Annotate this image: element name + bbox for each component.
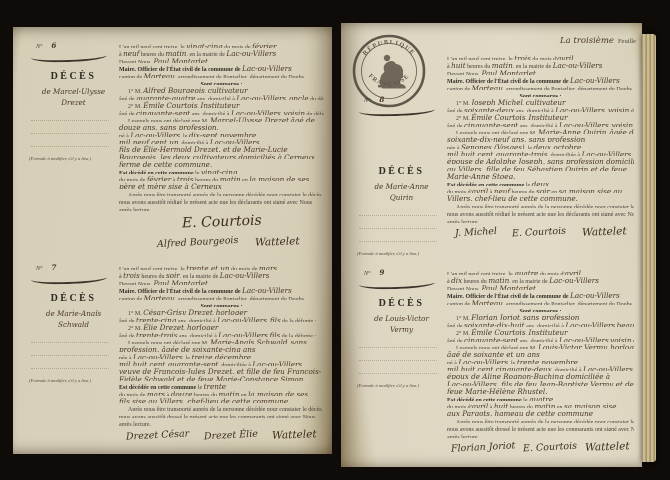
text-segment: Lac-ou-Villers: [549, 276, 599, 282]
signature: E. Courtois: [523, 441, 578, 455]
flourish-divider: [359, 109, 435, 118]
signature-row: Drezet CésarDrezet ÉlieWattelet: [119, 429, 324, 444]
deces-heading: DÉCÈS: [356, 166, 447, 177]
act-line: 2° M. Élie Drezet, horloger: [119, 322, 324, 329]
text-segment: feue Marie-Hélène Rhustel.: [447, 387, 547, 393]
act-line: mil huit cent cinquante-deux, domicilié …: [447, 364, 634, 371]
margin-rule: [31, 134, 109, 147]
act-line: Après nous être transporté auprès de la …: [119, 189, 324, 196]
signature: J. Michel: [454, 226, 497, 239]
death-act-6: N°6DÉCÈSde Marcel-UlysseDrezet(Formule à…: [28, 41, 326, 251]
signature: Florian Joriot: [451, 440, 516, 454]
act-margin: N°8DÉCÈSde Marie-AnneQuirin(Formule à mo…: [356, 53, 447, 256]
formule-note: (Formule à modifier, s'il y a lieu.): [356, 251, 447, 256]
text-segment: matin: [220, 175, 241, 181]
act-line: fils sise au Villers, chef-lieu de cette…: [119, 396, 324, 403]
text-segment: de la défunte ;: [629, 109, 634, 112]
margin-rule: [31, 343, 109, 356]
act-line: époux de Aline Rognon-Buching domiciliée…: [447, 371, 634, 378]
act-body: L'an mil neuf cent treize, le vingt-cinq…: [119, 41, 326, 251]
text-segment: douze ans, sans profession,: [119, 123, 219, 129]
act-line: fils de Élie-Hermold Drezet, et de Marie…: [119, 144, 324, 151]
text-segment: horloger,: [610, 343, 634, 349]
text-segment: trente: [204, 382, 226, 388]
act-line: Devant Nous, Paul Montarlet,: [119, 56, 324, 63]
act-line: à trois heures du soir, en la mairie de …: [119, 270, 324, 277]
margin-rule: [31, 121, 109, 134]
act-line: nous avons aussitôt rédigé le présent ac…: [119, 196, 324, 203]
act-line: L'an mil neuf cent treize, le vingt-cinq…: [119, 41, 324, 48]
act-line: après lecture.: [447, 431, 634, 438]
margin-rule: [31, 356, 109, 369]
text-segment: après lecture.: [447, 220, 479, 223]
text-segment: fils: [269, 331, 280, 337]
flourish-divider: [359, 282, 435, 291]
flourish-divider: [31, 277, 107, 286]
act-line: née à Senones (Vosges), le deux octobre: [447, 142, 634, 149]
act-line: épouse de Adolphe Joseph, sans professio…: [447, 156, 634, 163]
act-line: Est décédée en cette commune le trente: [119, 381, 324, 388]
text-segment: Lac-ou-Villers: [570, 291, 620, 297]
formule-note: (Formule à modifier, s'il y a lieu.): [28, 378, 119, 383]
text-segment: aux Pargots, hameau de cette commune: [447, 409, 593, 415]
act-line: du mois de février à trois heures du mat…: [119, 174, 324, 181]
text-segment: Lac-ou-Villers: [217, 316, 267, 322]
text-segment: Morteau: [144, 72, 175, 78]
act-number: 8: [379, 95, 384, 104]
act-line: feue Marie-Hélène Rhustel.: [447, 386, 634, 393]
act-line: mil huit cent quarante-trois, domiciliée…: [447, 149, 634, 156]
deces-heading: DÉCÈS: [28, 71, 119, 82]
text-segment: après lecture.: [447, 435, 479, 438]
act-line: 1° M. César-Grisy Drezet, horloger: [119, 307, 324, 314]
signature-row: E. Courtois: [119, 214, 324, 233]
text-segment: Instituteur: [201, 101, 240, 107]
act-line: L'an mil neuf cent treize, le trente et …: [119, 263, 324, 270]
register-page-right: RÉPUBLIQUE FRANÇAISE La troisième Feuill…: [341, 23, 642, 467]
text-segment: Émile Courtois: [471, 113, 525, 119]
text-segment: matin: [166, 49, 187, 55]
text-segment: après lecture.: [119, 422, 151, 425]
text-segment: époux de Aline Rognon-Buching domiciliée…: [447, 372, 610, 378]
death-act-9: N°9DÉCÈSde Louis-VictorVermy(Formule à m…: [356, 268, 636, 456]
act-line: Après nous être transporté auprès de la …: [447, 201, 634, 208]
signature: Wattelet: [581, 225, 626, 239]
text-segment: trente-trois: [136, 331, 177, 337]
text-segment: de la défunte ;: [281, 319, 317, 322]
acts-column-left: N°6DÉCÈSde Marcel-UlysseDrezet(Formule à…: [13, 27, 332, 444]
act-line: Marie-Anne Stoeg.: [447, 171, 634, 178]
act-margin: N°7DÉCÈSde Marie-AnaïsSchwald(Formule à …: [28, 263, 119, 444]
deceased-name: de Marcel-Ulysse: [28, 86, 119, 97]
act-line: Est décédée en cette commune le deux: [447, 179, 634, 186]
act-line: profession, âgée de soixante-cinq ans: [119, 344, 324, 351]
margin-rule: [359, 229, 437, 242]
act-line: du mois d'avril à huit heures du matin e…: [447, 401, 634, 408]
text-segment: fils: [270, 316, 281, 322]
text-segment: Marie-Anne Stoeg.: [447, 172, 515, 178]
text-segment: épouse de Adolphe Joseph, sans professio…: [447, 157, 634, 163]
act-line: 1° M. Florian Joriot, sans profession: [447, 312, 634, 319]
act-line: née à Lac-ou-Villers, le treize décembre: [119, 352, 324, 359]
text-segment: Lac-ou-Villers: [565, 321, 615, 327]
signature: Drezet Élie: [204, 428, 258, 442]
act-line: douze ans, sans profession,: [119, 122, 324, 129]
text-segment: la maison de ses: [249, 175, 309, 181]
act-number: 9: [379, 268, 384, 277]
act-line: Devant Nous, Paul Montarlet,: [447, 68, 634, 75]
text-segment: trois: [123, 271, 140, 277]
text-segment: Émile Courtois: [143, 101, 197, 107]
act-margin: N°9DÉCÈSde Louis-VictorVermy(Formule à m…: [356, 268, 447, 456]
act-margin-inner: N°8DÉCÈSde Marie-AnneQuirin(Formule à mo…: [356, 53, 447, 256]
act-line: Devant Nous, Paul Montarlet,: [119, 278, 324, 285]
text-segment: matin: [492, 61, 513, 67]
margin-rule: [31, 330, 109, 343]
deces-heading: DÉCÈS: [356, 298, 447, 309]
act-line: 2° M. Émile Courtois, Instituteur: [119, 100, 324, 107]
text-segment: sans: [291, 338, 307, 344]
act-line: après lecture.: [119, 204, 324, 211]
act-line: veuve de François-Jules Drezet, et fille…: [119, 366, 324, 373]
deceased-name: Vermy: [356, 324, 447, 335]
text-segment: du défunt ;: [309, 97, 324, 100]
act-body: L'an mil neuf cent treize, le quatre du …: [447, 268, 636, 456]
text-segment: ferme de cette commune,: [119, 160, 212, 166]
act-line: après lecture.: [447, 216, 634, 223]
act-line: âgé de trente-cinq ans, domicilié à Lac-…: [119, 315, 324, 322]
deceased-name: Drezet: [28, 97, 119, 108]
text-segment: dix: [451, 276, 462, 282]
text-segment: père et mère sise à Cerneux: [119, 182, 222, 188]
text-segment: âgée de: [609, 128, 634, 134]
text-segment: neuf: [123, 49, 139, 55]
text-segment: beau-père: [617, 321, 634, 327]
text-segment: Instituteur: [529, 328, 568, 334]
margin-rule: [359, 335, 437, 348]
text-segment: Lac-ou-Villers: [559, 121, 609, 127]
signature-row: Alfred BourgeoisWattelet: [119, 236, 324, 251]
act-line: Maire, Officier de l'État civil de la co…: [447, 75, 634, 82]
acts-column-right: N°8DÉCÈSde Marie-AnneQuirin(Formule à mo…: [341, 23, 642, 456]
act-line: Maire, Officier de l'État civil de la co…: [119, 285, 324, 292]
act-line: Bourgeois, les deux cultivateurs domicil…: [119, 152, 324, 159]
text-segment: profession, âgée de soixante-cinq ans: [119, 345, 256, 351]
deceased-name: de Marie-Anne: [356, 181, 447, 192]
act-line: Est décédé en cette commune le vingt-cin…: [119, 167, 324, 174]
formule-note: (Formule à modifier, s'il y a lieu.): [356, 383, 447, 388]
margin-rule: [359, 348, 437, 361]
act-line: mil neuf cent un, domicilié à Lac-ou-Vil…: [119, 137, 324, 144]
act-line: du mois d'avril à neuf heures du soir en…: [447, 186, 634, 193]
text-segment: Morteau: [472, 84, 503, 90]
text-segment: Florian Joriot: [471, 313, 520, 319]
signature-row: Florian JoriotE. CourtoisWattelet: [447, 441, 634, 456]
death-act-7: N°7DÉCÈSde Marie-AnaïsSchwald(Formule à …: [28, 263, 326, 444]
act-line: né à Lac-ou-Villers, le trente novembre: [447, 357, 634, 364]
number-label: N°: [36, 44, 42, 50]
text-segment: canton de: [447, 302, 472, 305]
text-segment: fils de Élie-Hermold Drezet, et de Marie…: [119, 145, 288, 151]
act-line: Lesquels nous ont déclaré que M. Marie-A…: [119, 337, 324, 344]
act-line: âgé de cinquante-sept ans, domicilié à L…: [119, 108, 324, 115]
text-segment: Instituteur: [529, 113, 568, 119]
act-line: L'an mil neuf cent treize, le quatre du …: [447, 268, 634, 275]
text-segment: Émile Courtois: [471, 328, 525, 334]
act-line: du mois de mars à douze heures du matin …: [119, 389, 324, 396]
text-segment: matin: [488, 276, 509, 282]
text-segment: canton de: [119, 75, 144, 78]
act-line: à neuf heures du matin, en la mairie de …: [119, 48, 324, 55]
text-segment: voisin: [612, 121, 633, 127]
act-line: âgé de soixante-dix-huit ans, domicilié …: [447, 320, 634, 327]
text-segment: sans profession: [523, 313, 580, 319]
register-book-spread: N°6DÉCÈSde Marcel-UlysseDrezet(Formule à…: [0, 0, 670, 480]
text-segment: Morteau: [472, 299, 503, 305]
text-segment: voisin: [608, 106, 629, 112]
text-segment: oncle: [289, 94, 309, 100]
text-segment: canton de: [447, 87, 472, 90]
text-segment: Alfred Bourgeois: [143, 86, 205, 92]
act-line: Après nous être transporté auprès de la …: [447, 416, 634, 423]
act-line: âgé de trente-trois ans, domicilié à Lac…: [119, 330, 324, 337]
act-margin-inner: N°7DÉCÈSde Marie-AnaïsSchwald(Formule à …: [28, 263, 119, 383]
formule-note: (Formule à modifier, s'il y a lieu.): [28, 156, 119, 161]
text-segment: Lac-ou-Villers: [220, 271, 270, 277]
margin-rule: [31, 108, 109, 121]
text-segment: Marcel-Ulysse Drezet: [210, 116, 289, 122]
act-line: Lesquels nous ont déclaré que M. Marie-A…: [447, 127, 634, 134]
act-line: nous avons aussitôt rédigé le présent ac…: [447, 208, 634, 215]
act-line: âgé de soixante-deux ans, domicilié à La…: [447, 105, 634, 112]
text-segment: voisin: [610, 336, 631, 342]
act-line: Sont comparus :: [119, 78, 324, 85]
signature: Wattelet: [272, 428, 317, 442]
act-line: 2° M. Émile Courtois, Instituteur: [447, 112, 634, 119]
text-segment: horloger: [216, 308, 247, 314]
book-page-edges: [642, 34, 656, 462]
margin-rule: [359, 361, 437, 374]
act-line: âgé de quarante-quatre ans, domicilié à …: [119, 93, 324, 100]
act-margin-inner: N°6DÉCÈSde Marcel-UlysseDrezet(Formule à…: [28, 41, 119, 161]
text-segment: Lac-ou-Villers: [559, 336, 609, 342]
act-line: 2° M. Émile Courtois, Instituteur: [447, 327, 634, 334]
text-segment: soir: [166, 271, 180, 277]
signature: E. Courtois: [181, 213, 261, 232]
act-line: nous avons aussitôt dressé le présent ac…: [447, 423, 634, 430]
act-body: L'an mil neuf cent treize, le trente et …: [119, 263, 326, 444]
flourish-divider: [31, 55, 107, 64]
act-line: Lesquels nous ont déclaré que M. Louis-V…: [447, 342, 634, 349]
act-line: Après nous être transporté auprès de la …: [119, 403, 324, 410]
act-line: aux Pargots, hameau de cette commune: [447, 408, 634, 415]
signature: Wattelet: [585, 440, 630, 454]
signature: E. Courtois: [512, 226, 567, 240]
act-line: Fidèle Schwald et de feue Marie-Constanc…: [119, 374, 324, 381]
act-line: 1° M. Alfred Bourgeois, cultivateur: [119, 85, 324, 92]
text-segment: cinquante-sept: [136, 109, 190, 115]
deces-heading: DÉCÈS: [28, 293, 119, 304]
act-line: Lesquels nous ont déclaré que M. Marcel-…: [119, 115, 324, 122]
act-line: soixante-dix-neuf ans, sans profession: [447, 134, 634, 141]
deceased-name: de Marie-Anaïs: [28, 308, 119, 319]
deceased-name: de Louis-Victor: [356, 313, 447, 324]
signature: Alfred Bourgeois: [157, 235, 239, 250]
text-segment: Joseph Michel: [471, 98, 523, 104]
text-segment: âgé de soixante et un ans: [447, 350, 540, 356]
act-line: canton de Morteau, arrondissement de Pon…: [119, 293, 324, 300]
act-line: Sont comparus :: [447, 90, 634, 97]
text-segment: César-Grisy Drezet: [143, 308, 212, 314]
act-line: canton de Morteau, arrondissement de Pon…: [119, 71, 324, 78]
text-segment: veuve de François-Jules Drezet, et fille…: [119, 367, 321, 373]
text-segment: Morteau: [144, 294, 175, 300]
text-segment: Lac-ou-Villers: [226, 49, 276, 55]
act-line: né à Lac-ou-Villers, le dix-sept novembr…: [119, 130, 324, 137]
text-segment: Lac-ou-Villers: [242, 286, 292, 292]
signature: Wattelet: [255, 235, 300, 249]
act-line: âgé de cinquante-sept ans, domicilié à L…: [447, 120, 634, 127]
act-margin: N°6DÉCÈSde Marcel-UlysseDrezet(Formule à…: [28, 41, 119, 251]
text-segment: huit: [451, 61, 465, 67]
text-segment: voisin: [284, 109, 305, 115]
text-segment: après lecture.: [119, 208, 151, 211]
act-line: Lac-ou-Villers, fils de feu Jean-Baptist…: [447, 379, 634, 386]
act-line: âgé de cinquante-sept ans, domicilié à L…: [447, 335, 634, 342]
text-segment: cultivateur: [526, 98, 566, 104]
register-page-left: N°6DÉCÈSde Marcel-UlysseDrezet(Formule à…: [13, 27, 332, 454]
text-segment: 2° M.: [128, 326, 143, 329]
text-segment: âgé de: [290, 116, 314, 122]
number-label: N°: [364, 98, 370, 104]
text-segment: Villers, chef-lieu de cette commune.: [447, 194, 578, 200]
text-segment: cultivateur: [208, 86, 248, 92]
text-segment: Lac-ou-Villers: [236, 94, 286, 100]
text-segment: soixante-dix-neuf ans, sans profession: [447, 135, 585, 141]
act-body: L'an mil neuf cent treize, le trois du m…: [447, 53, 636, 256]
act-number: 6: [51, 41, 56, 50]
act-line: à dix heures du matin, en la mairie de L…: [447, 275, 634, 282]
deceased-name: Quirin: [356, 192, 447, 203]
text-segment: Lac-ou-Villers: [242, 64, 292, 70]
act-line: ferme de cette commune,: [119, 159, 324, 166]
margin-rule: [359, 203, 437, 216]
deceased-name: Schwald: [28, 319, 119, 330]
act-line: nous avons aussitôt dressé le présent ac…: [119, 411, 324, 418]
text-segment: canton de: [119, 297, 144, 300]
text-segment: Lac-ou-Villers: [553, 61, 603, 67]
act-line: 1° M. Joseph Michel, cultivateur: [447, 97, 634, 104]
act-line: mil huit cent quarante-sept, domiciliée …: [119, 359, 324, 366]
act-line: après lecture.: [119, 418, 324, 425]
act-line: Devant Nous, Paul Montarlet,: [447, 283, 634, 290]
death-act-8: N°8DÉCÈSde Marie-AnneQuirin(Formule à mo…: [356, 53, 636, 256]
text-segment: cinquante-sept: [464, 121, 518, 127]
text-segment: Élie Drezet: [143, 323, 184, 329]
text-segment: cinquante-sept: [464, 336, 518, 342]
act-line: Sont comparus :: [119, 300, 324, 307]
signature-row: J. MichelE. CourtoisWattelet: [447, 226, 634, 241]
signature: Drezet César: [126, 428, 190, 442]
act-line: L'an mil neuf cent treize, le trois du m…: [447, 53, 634, 60]
text-segment: Lac-ou-Villers: [231, 109, 281, 115]
act-line: Est décédé en cette commune le quatre: [447, 394, 634, 401]
text-segment: Louis-Victor Vermy: [538, 343, 607, 349]
number-label: N°: [36, 266, 42, 272]
text-segment: horloger: [187, 323, 218, 329]
act-margin-inner: N°9DÉCÈSde Louis-VictorVermy(Formule à m…: [356, 268, 447, 388]
margin-rule: [359, 216, 437, 229]
text-segment: Lac-ou-Villers: [570, 76, 620, 82]
act-line: canton de Morteau, arrondissement de Pon…: [447, 298, 634, 305]
act-line: Sont comparus :: [447, 305, 634, 312]
act-line: au Villers, fille de feu Sébastien Quiri…: [447, 164, 634, 171]
act-number: 7: [51, 263, 56, 272]
act-line: Maire, Officier de l'État civil de la co…: [119, 63, 324, 70]
act-line: âgé de soixante et un ans: [447, 349, 634, 356]
act-line: canton de Morteau, arrondissement de Pon…: [447, 83, 634, 90]
text-segment: Lac-ou-Villers: [218, 331, 268, 337]
act-line: Villers, chef-lieu de cette commune.: [447, 193, 634, 200]
act-line: à huit heures du matin, en la mairie de …: [447, 60, 634, 67]
act-line: Maire, Officier de l'État civil de la co…: [447, 290, 634, 297]
number-label: N°: [364, 271, 370, 277]
act-line: père et mère sise à Cerneux: [119, 181, 324, 188]
